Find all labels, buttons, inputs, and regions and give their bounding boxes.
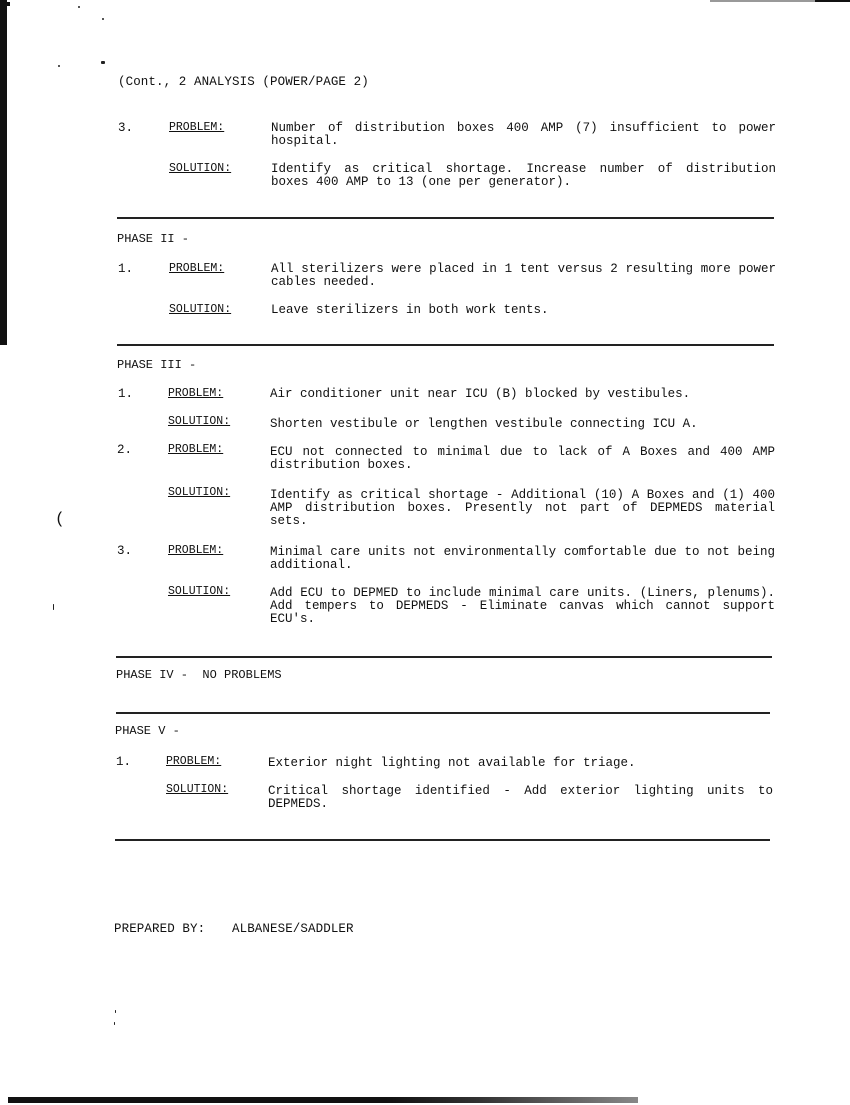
scan-speck [101,61,105,64]
scan-edge-top-right [710,0,850,2]
solution-text: Shorten vestibule or lengthen vestibule … [270,418,775,431]
item-number: 1. [118,262,133,276]
section-divider [116,712,770,714]
solution-text: Identify as critical shortage - Addition… [270,489,775,528]
section-divider [115,839,770,841]
section-divider [117,217,774,219]
scan-speck [53,604,54,610]
section-divider [116,656,772,658]
prepared-by-label: PREPARED BY: [114,923,205,936]
solution-label: SOLUTION: [168,486,230,499]
problem-label: PROBLEM: [168,544,223,557]
scan-edge-left [0,0,7,345]
solution-text: Critical shortage identified - Add exter… [268,785,773,811]
problem-label: PROBLEM: [166,755,221,768]
scan-speck [115,1010,116,1013]
scan-speck [102,18,104,20]
margin-mark: ( [55,510,65,528]
page-header: (Cont., 2 ANALYSIS (POWER/PAGE 2) [118,76,369,89]
item-number: 2. [117,443,132,457]
scan-edge-top-mark [0,2,10,6]
problem-text: ECU not connected to minimal due to lack… [270,446,775,472]
item-number: 3. [117,544,132,558]
solution-text: Add ECU to DEPMED to include minimal car… [270,587,775,626]
problem-text: Number of distribution boxes 400 AMP (7)… [271,122,776,148]
problem-text: Minimal care units not environmentally c… [270,546,775,572]
solution-label: SOLUTION: [169,162,231,175]
document-page: ( (Cont., 2 ANALYSIS (POWER/PAGE 2) 3. P… [0,0,850,1105]
item-number: 1. [118,387,133,401]
problem-text: Air conditioner unit near ICU (B) blocke… [270,388,775,401]
phase-4-title: PHASE IV - NO PROBLEMS [116,668,282,682]
problem-label: PROBLEM: [168,443,223,456]
problem-text: Exterior night lighting not available fo… [268,757,773,770]
solution-text: Leave sterilizers in both work tents. [271,304,776,317]
item-number: 1. [116,755,131,769]
problem-label: PROBLEM: [169,262,224,275]
scan-speck [58,65,60,67]
scan-speck [114,1022,115,1025]
phase-3-title: PHASE III - [117,358,196,372]
phase-2-title: PHASE II - [117,232,189,246]
prepared-by-value: ALBANESE/SADDLER [232,923,354,936]
phase-5-title: PHASE V - [115,724,180,738]
problem-text: All sterilizers were placed in 1 tent ve… [271,263,776,289]
problem-label: PROBLEM: [168,387,223,400]
solution-label: SOLUTION: [166,783,228,796]
scan-speck [78,6,80,8]
solution-label: SOLUTION: [168,585,230,598]
solution-label: SOLUTION: [169,303,231,316]
section-divider [117,344,774,346]
problem-label: PROBLEM: [169,121,224,134]
solution-label: SOLUTION: [168,415,230,428]
solution-text: Identify as critical shortage. Increase … [271,163,776,189]
scan-edge-bottom [8,1097,638,1103]
item-number: 3. [118,121,133,135]
